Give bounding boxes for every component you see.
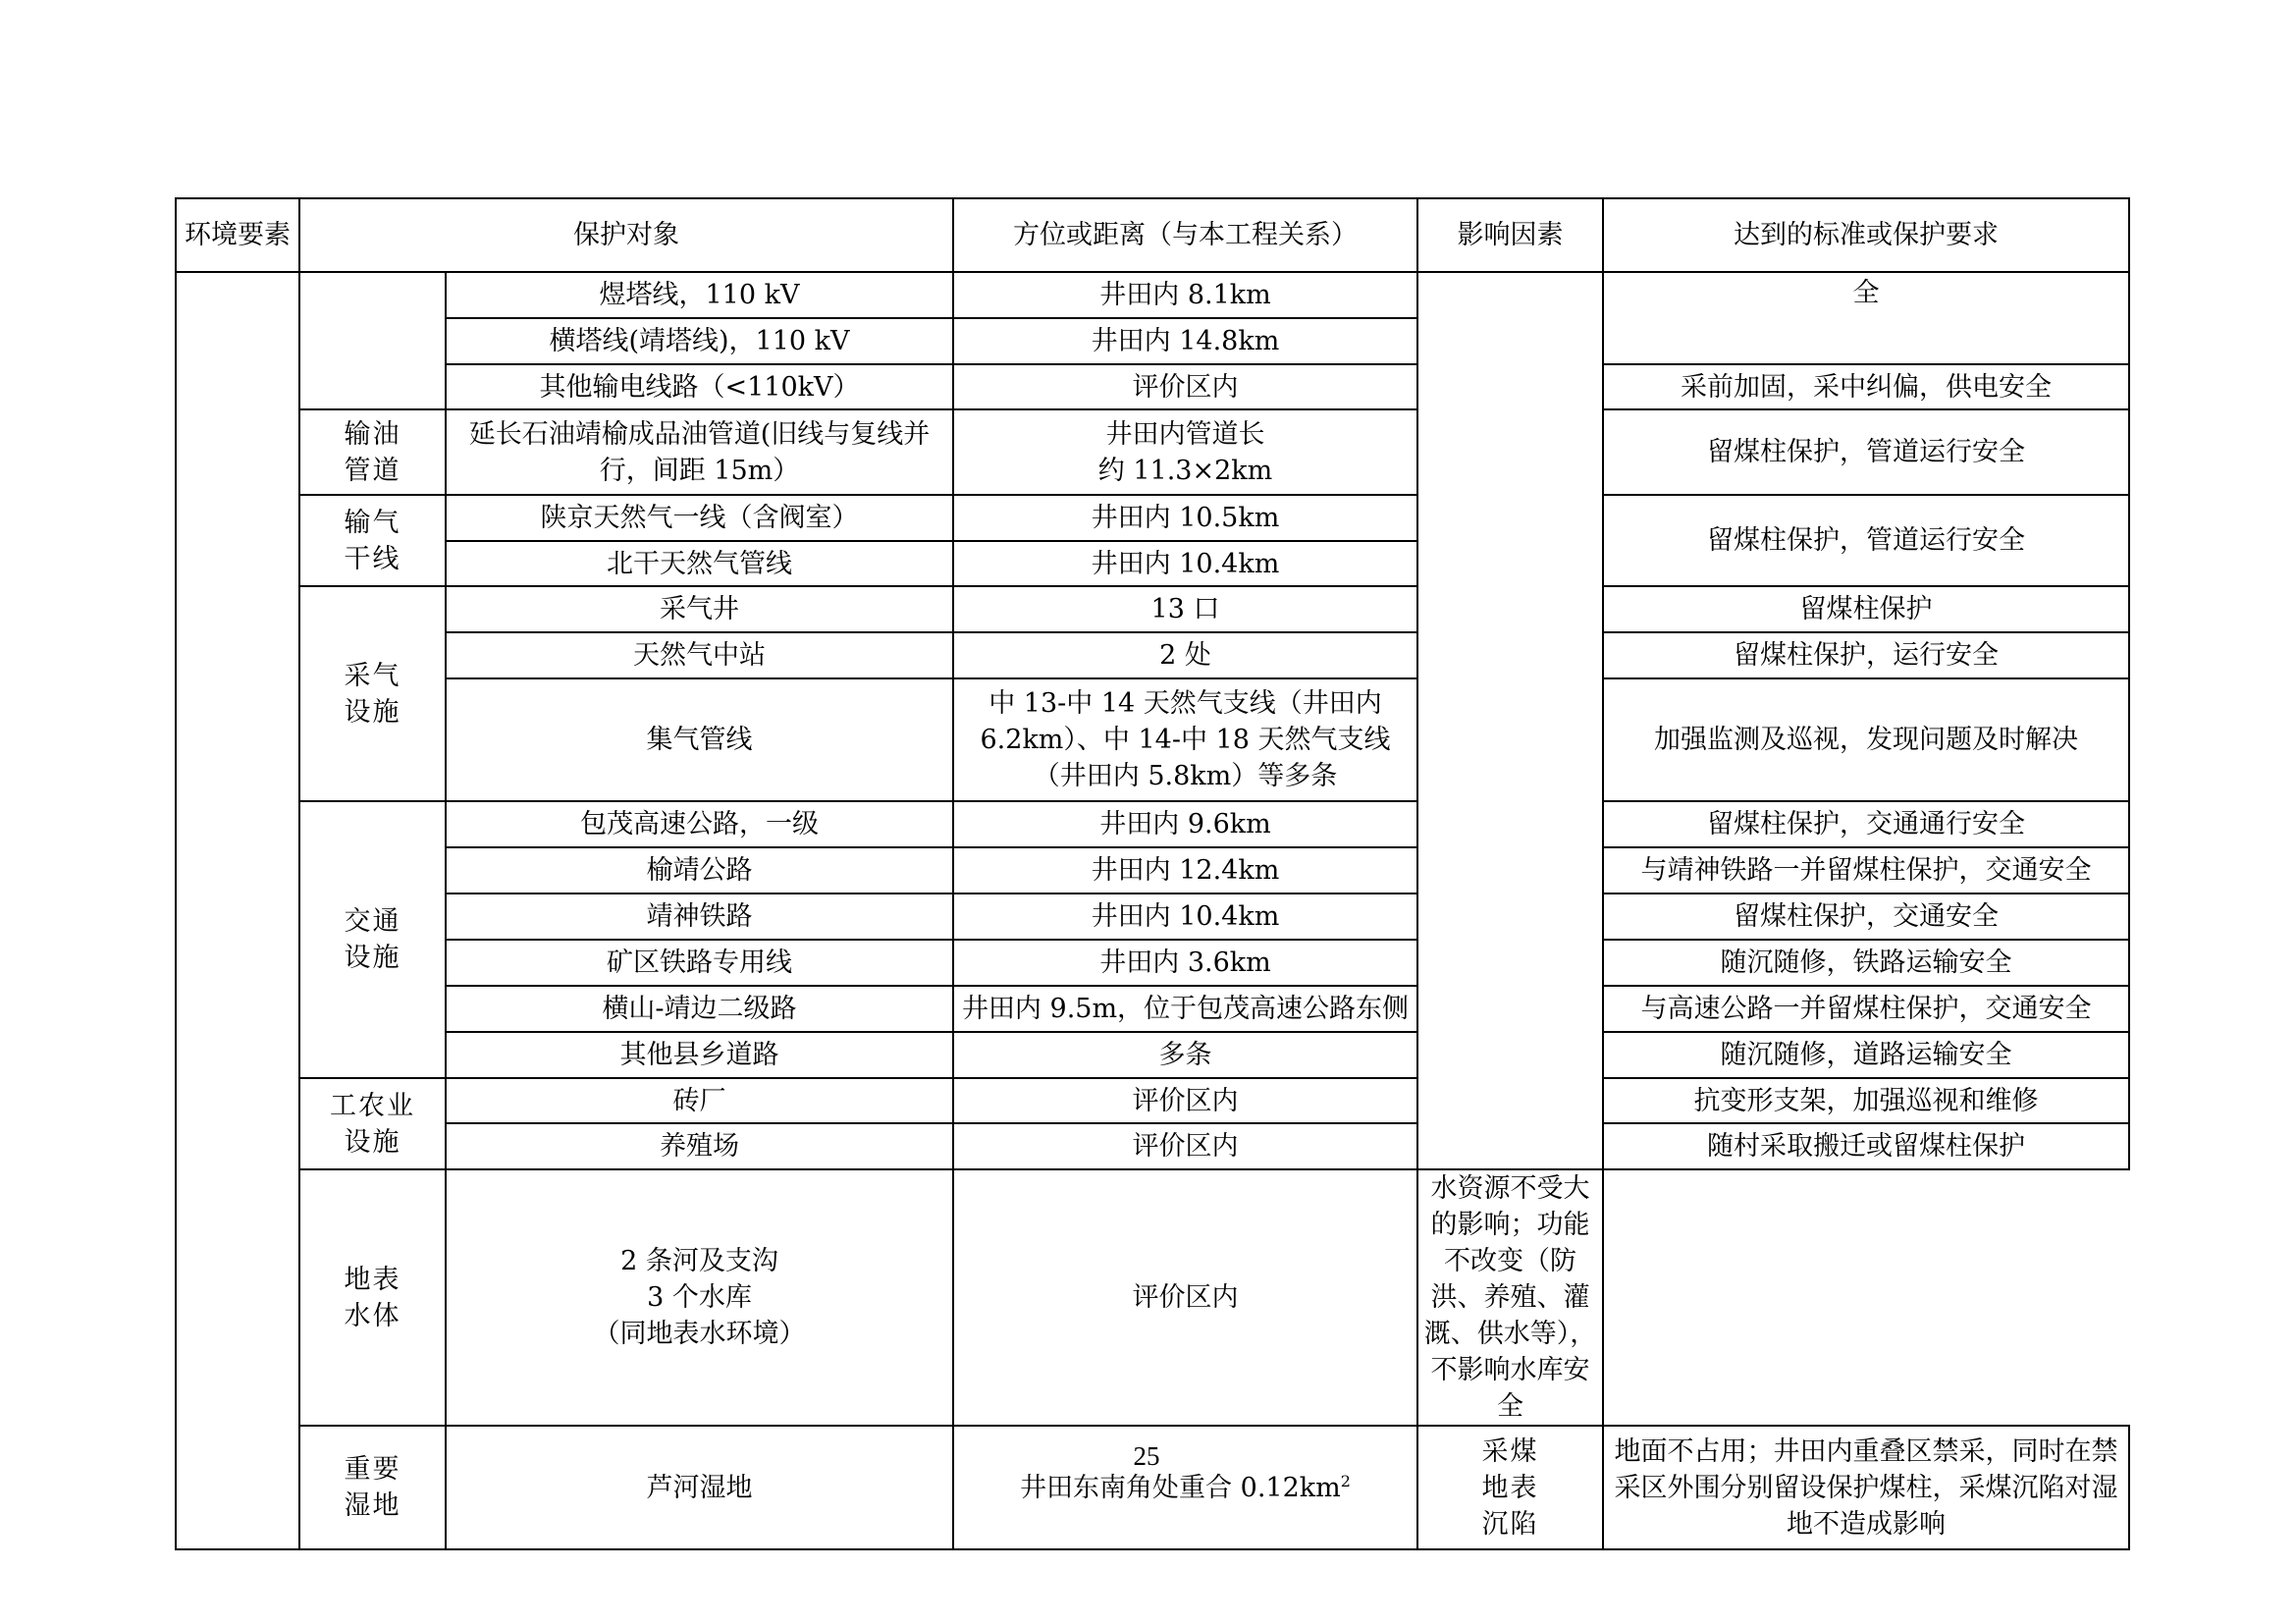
header-position: 方位或距离（与本工程关系）: [953, 198, 1417, 272]
table-row: 其他输电线路（<110kV） 评价区内 采前加固，采中纠偏，供电安全: [176, 364, 2129, 409]
table-row: 矿区铁路专用线 井田内 3.6km 随沉随修，铁路运输安全: [176, 940, 2129, 986]
position-cell: 井田内 10.4km: [953, 893, 1417, 940]
table-row: 地表 水体 2 条河及支沟 3 个水库 （同地表水环境） 评价区内 水资源不受大…: [176, 1169, 2129, 1426]
table-row: 养殖场 评价区内 随村采取搬迁或留煤柱保护: [176, 1123, 2129, 1169]
object-cell: 横塔线(靖塔线)，110 kV: [446, 318, 953, 364]
header-object: 保护对象: [299, 198, 953, 272]
table-row: 靖神铁路 井田内 10.4km 留煤柱保护，交通安全: [176, 893, 2129, 940]
position-cell: 井田内管道长 约 11.3×2km: [953, 409, 1417, 495]
page-number: 25: [1097, 1441, 1196, 1472]
position-cell: 中 13-中 14 天然气支线（井田内 6.2km）、中 14-中 18 天然气…: [953, 678, 1417, 801]
table-row: 工农业 设施 砖厂 评价区内 抗变形支架，加强巡视和维修: [176, 1078, 2129, 1123]
table-row: 榆靖公路 井田内 12.4km 与靖神铁路一并留煤柱保护，交通安全: [176, 847, 2129, 893]
position-cell: 井田内 9.6km: [953, 801, 1417, 847]
object-cell: 榆靖公路: [446, 847, 953, 893]
requirement-cell: 留煤柱保护，管道运行安全: [1603, 409, 2129, 495]
object-cell: 天然气中站: [446, 632, 953, 678]
position-cell: 评价区内: [953, 1169, 1417, 1426]
position-cell: 2 处: [953, 632, 1417, 678]
position-cell: 井田内 12.4km: [953, 847, 1417, 893]
object-cell: 煜塔线，110 kV: [446, 272, 953, 318]
table-row: 输气 干线 陕京天然气一线（含阀室） 井田内 10.5km 留煤柱保护，管道运行…: [176, 495, 2129, 541]
position-cell: 井田内 3.6km: [953, 940, 1417, 986]
header-element: 环境要素: [176, 198, 299, 272]
position-cell: 井田内 10.5km: [953, 495, 1417, 541]
requirement-cell: 留煤柱保护，交通通行安全: [1603, 801, 2129, 847]
position-cell: 多条: [953, 1032, 1417, 1078]
requirement-cell: 随沉随修，道路运输安全: [1603, 1032, 2129, 1078]
position-cell: 井田内 14.8km: [953, 318, 1417, 364]
object-cell: 养殖场: [446, 1123, 953, 1169]
position-cell: 井田内 9.5m，位于包茂高速公路东侧: [953, 986, 1417, 1032]
table-row: 交通 设施 包茂高速公路，一级 井田内 9.6km 留煤柱保护，交通通行安全: [176, 801, 2129, 847]
requirement-cell: 留煤柱保护，交通安全: [1603, 893, 2129, 940]
position-cell: 评价区内: [953, 1123, 1417, 1169]
category-oil: 输油 管道: [299, 409, 446, 495]
object-cell: 横山-靖边二级路: [446, 986, 953, 1032]
requirement-cell: 随沉随修，铁路运输安全: [1603, 940, 2129, 986]
requirement-cell: 留煤柱保护，运行安全: [1603, 632, 2129, 678]
category-surface-water: 地表 水体: [299, 1169, 446, 1426]
object-cell: 砖厂: [446, 1078, 953, 1123]
table-row: 横山-靖边二级路 井田内 9.5m，位于包茂高速公路东侧 与高速公路一并留煤柱保…: [176, 986, 2129, 1032]
object-cell: 采气井: [446, 586, 953, 632]
object-cell: 芦河湿地: [446, 1426, 953, 1549]
object-cell: 集气管线: [446, 678, 953, 801]
factor-cell-lower: 采煤 地表 沉陷: [1417, 1426, 1603, 1549]
category-wetland: 重要 湿地: [299, 1426, 446, 1549]
object-cell: 2 条河及支沟 3 个水库 （同地表水环境）: [446, 1169, 953, 1426]
object-cell: 延长石油靖榆成品油管道(旧线与复线并行，间距 15m）: [446, 409, 953, 495]
requirement-cell: 地面不占用；井田内重叠区禁采，同时在禁采区外围分别留设保护煤柱，采煤沉陷对湿地不…: [1603, 1426, 2129, 1549]
table-header-row: 环境要素 保护对象 方位或距离（与本工程关系） 影响因素 达到的标准或保护要求: [176, 198, 2129, 272]
object-cell: 其他输电线路（<110kV）: [446, 364, 953, 409]
requirement-cell: 采前加固，采中纠偏，供电安全: [1603, 364, 2129, 409]
table-row: 天然气中站 2 处 留煤柱保护，运行安全: [176, 632, 2129, 678]
requirement-cell: 与高速公路一并留煤柱保护，交通安全: [1603, 986, 2129, 1032]
requirement-cell: 留煤柱保护，管道运行安全: [1603, 495, 2129, 586]
category-gas-facility: 采气 设施: [299, 586, 446, 801]
position-cell: 评价区内: [953, 1078, 1417, 1123]
table-row: 其他县乡道路 多条 随沉随修，道路运输安全: [176, 1032, 2129, 1078]
table-row: 输油 管道 延长石油靖榆成品油管道(旧线与复线并行，间距 15m） 井田内管道长…: [176, 409, 2129, 495]
position-cell: 井田内 8.1km: [953, 272, 1417, 318]
requirement-cell: 随村采取搬迁或留煤柱保护: [1603, 1123, 2129, 1169]
requirement-cell: 全: [1603, 272, 2129, 364]
position-cell: 13 口: [953, 586, 1417, 632]
header-requirement: 达到的标准或保护要求: [1603, 198, 2129, 272]
position-cell: 井田内 10.4km: [953, 541, 1417, 586]
superscript-2: 2: [1341, 1472, 1351, 1490]
category-industry: 工农业 设施: [299, 1078, 446, 1169]
factor-cell-upper: [1417, 272, 1603, 1169]
header-factor: 影响因素: [1417, 198, 1603, 272]
requirement-cell: 加强监测及巡视，发现问题及时解决: [1603, 678, 2129, 801]
requirement-cell: 留煤柱保护: [1603, 586, 2129, 632]
object-cell: 矿区铁路专用线: [446, 940, 953, 986]
requirement-cell: 水资源不受大的影响；功能不改变（防洪、养殖、灌溉、供水等），不影响水库安全: [1417, 1169, 1603, 1426]
position-text: 井田东南角处重合 0.12km: [1020, 1473, 1341, 1503]
category-traffic: 交通 设施: [299, 801, 446, 1078]
table-row: 采气 设施 采气井 13 口 留煤柱保护: [176, 586, 2129, 632]
table-row: 煜塔线，110 kV 井田内 8.1km 全: [176, 272, 2129, 318]
position-cell: 评价区内: [953, 364, 1417, 409]
category-gas-trunk: 输气 干线: [299, 495, 446, 586]
category-power: [299, 272, 446, 409]
table-row: 集气管线 中 13-中 14 天然气支线（井田内 6.2km）、中 14-中 1…: [176, 678, 2129, 801]
object-cell: 陕京天然气一线（含阀室）: [446, 495, 953, 541]
object-cell: 靖神铁路: [446, 893, 953, 940]
requirement-cell: 抗变形支架，加强巡视和维修: [1603, 1078, 2129, 1123]
requirement-cell: 与靖神铁路一并留煤柱保护，交通安全: [1603, 847, 2129, 893]
protection-targets-table: 环境要素 保护对象 方位或距离（与本工程关系） 影响因素 达到的标准或保护要求 …: [175, 197, 2130, 1550]
object-cell: 北干天然气管线: [446, 541, 953, 586]
object-cell: 其他县乡道路: [446, 1032, 953, 1078]
element-cell: [176, 272, 299, 1549]
object-cell: 包茂高速公路，一级: [446, 801, 953, 847]
